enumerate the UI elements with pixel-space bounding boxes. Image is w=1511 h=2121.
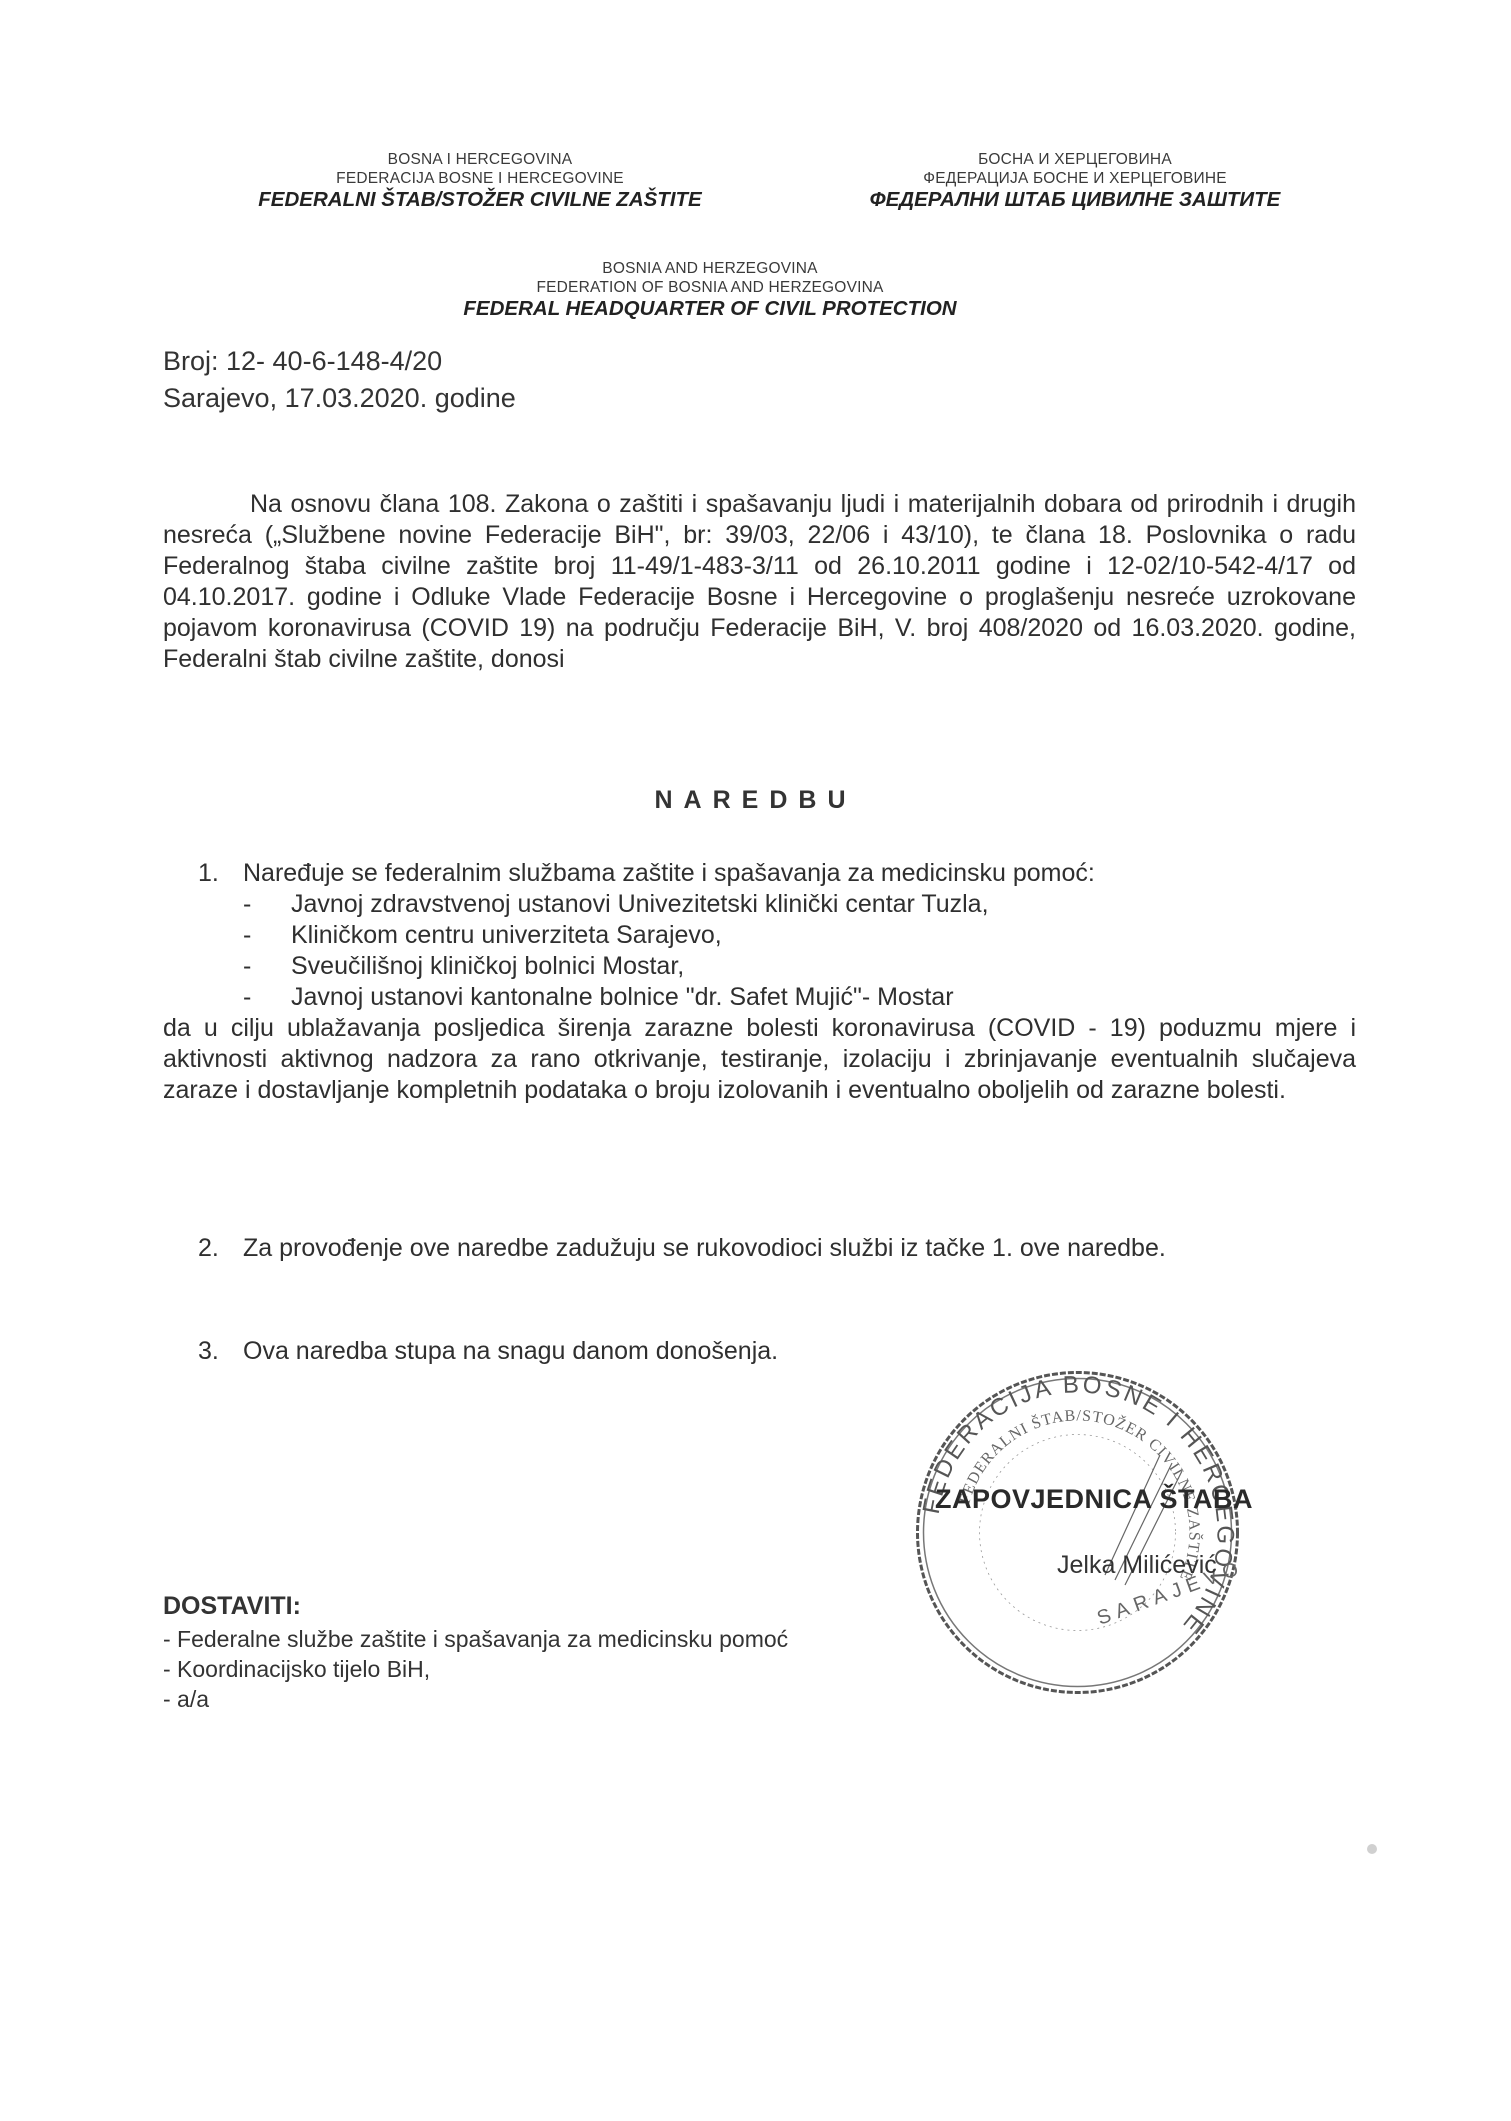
intro-text: Na osnovu člana 108. Zakona o zaštiti i …: [163, 490, 1356, 673]
header-country-cyrillic: БОСНА И ХЕРЦЕГОВИНА: [790, 152, 1360, 168]
header-institution-english: FEDERAL HEADQUARTER OF CIVIL PROTECTION: [300, 299, 1120, 320]
item-text: Za provođenje ove naredbe zadužuju se ru…: [243, 1233, 1166, 1264]
item-number: 3.: [198, 1336, 243, 1367]
item-number: 2.: [198, 1233, 243, 1264]
header-cyrillic: БОСНА И ХЕРЦЕГОВИНА ФЕДЕРАЦИЈА БОСНЕ И Х…: [790, 152, 1360, 214]
scan-speck: [1367, 1844, 1377, 1854]
header-english: BOSNIA AND HERZEGOVINA FEDERATION OF BOS…: [300, 261, 1120, 323]
sub-item: -Kliničkom centru univerziteta Sarajevo,: [243, 920, 722, 951]
order-item-1: 1.Naređuje se federalnim službama zaštit…: [198, 858, 1095, 889]
header-federation-cyrillic: ФЕДЕРАЦИЈА БОСНЕ И ХЕРЦЕГОВИНЕ: [790, 171, 1360, 187]
sub-item: -Javnoj zdravstvenoj ustanovi Univezitet…: [243, 889, 989, 920]
distribution-item: - Koordinacijsko tijelo BiH,: [163, 1654, 788, 1684]
order-item-3: 3.Ova naredba stupa na snagu danom donoš…: [198, 1336, 778, 1367]
sub-item: -Javnoj ustanovi kantonalne bolnice "dr.…: [243, 982, 954, 1013]
header-institution: FEDERALNI ŠTAB/STOŽER CIVILNE ZAŠTITE: [160, 190, 800, 211]
order-title: NAREDBU: [0, 786, 1511, 815]
header-federation: FEDERACIJA BOSNE I HERCEGOVINE: [160, 171, 800, 187]
intro-paragraph: Na osnovu člana 108. Zakona o zaštiti i …: [163, 489, 1356, 675]
distribution-item: - Federalne službe zaštite i spašavanja …: [163, 1624, 788, 1654]
header-country: BOSNA I HERCEGOVINA: [160, 152, 800, 168]
order-item-2: 2.Za provođenje ove naredbe zadužuju se …: [198, 1233, 1358, 1264]
distribution-title: DOSTAVITI:: [163, 1592, 301, 1621]
document-number: Broj: 12- 40-6-148-4/20: [163, 348, 442, 375]
item-text: Ova naredba stupa na snagu danom donošen…: [243, 1337, 778, 1365]
sub-item: -Sveučilišnoj kliničkoj bolnici Mostar,: [243, 951, 684, 982]
item-text: Naređuje se federalnim službama zaštite …: [243, 859, 1095, 887]
header-institution-cyrillic: ФЕДЕРАЛНИ ШТАБ ЦИВИЛНЕ ЗАШТИТЕ: [790, 190, 1360, 211]
header-federation-english: FEDERATION OF BOSNIA AND HERZEGOVINA: [300, 280, 1120, 296]
signatory-title: ZAPOVJEDNICA ŠTABA: [935, 1484, 1253, 1515]
official-stamp: FEDERACIJA BOSNE I HERCEGOVINE FEDERALNI…: [910, 1365, 1245, 1700]
distribution-list: - Federalne službe zaštite i spašavanja …: [163, 1624, 788, 1714]
document-place-date: Sarajevo, 17.03.2020. godine: [163, 385, 516, 412]
header-latin: BOSNA I HERCEGOVINA FEDERACIJA BOSNE I H…: [160, 152, 800, 214]
header-country-english: BOSNIA AND HERZEGOVINA: [300, 261, 1120, 277]
signatory-name: Jelka Milićević: [1057, 1551, 1217, 1580]
distribution-item: - a/a: [163, 1684, 788, 1714]
item-1-continuation: da u cilju ublažavanja posljedica širenj…: [163, 1013, 1356, 1106]
item-number: 1.: [198, 858, 243, 889]
